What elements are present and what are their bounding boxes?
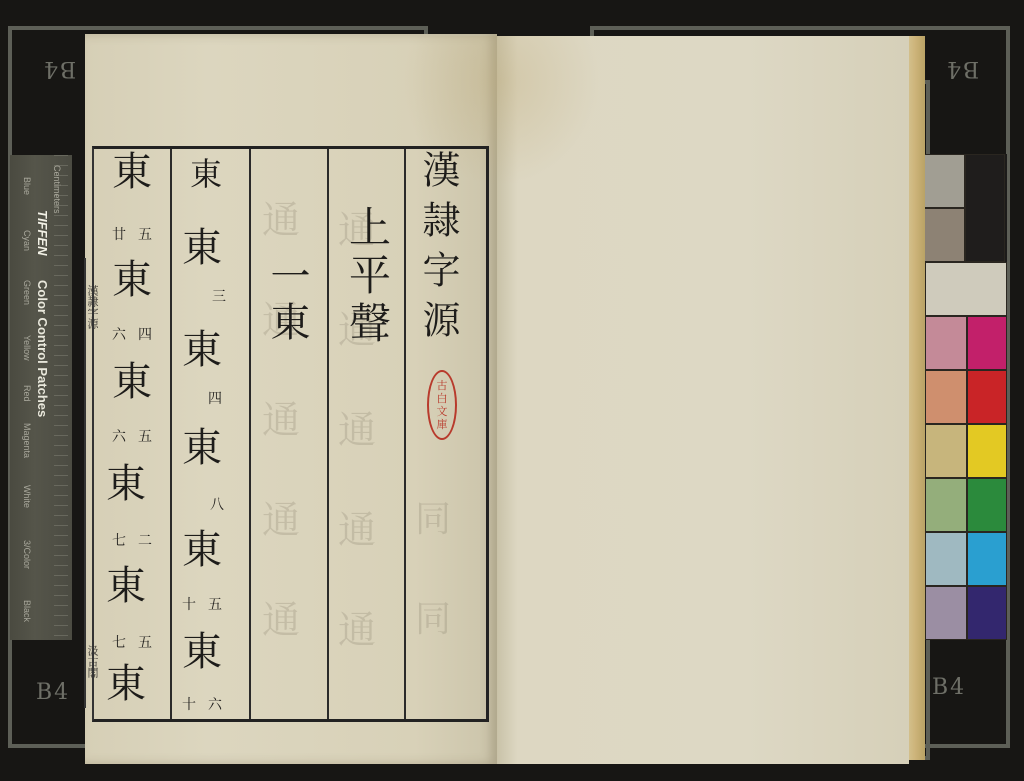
patch-yellow (967, 424, 1007, 478)
patch-cyan (967, 532, 1007, 586)
column-rule (249, 149, 251, 719)
board-label-top-left: B4 (42, 56, 76, 81)
board-label-bottom-right: B4 (932, 675, 966, 700)
tiffen-col-black: Black (22, 600, 32, 622)
tiffen-ruler (54, 155, 68, 640)
board-label-top-right: B4 (945, 56, 979, 81)
glyph-variant: 東 (182, 428, 222, 468)
tiffen-col-white: White (22, 485, 32, 508)
source-note: 七二 (112, 534, 164, 548)
bleed-through-text: 通通通通通 (262, 170, 312, 670)
tiffen-col-yellow: Yellow (22, 335, 32, 361)
source-note: 八 (210, 498, 224, 512)
bleed-through-text: 同同 (415, 470, 465, 670)
patch-salmon (925, 370, 967, 424)
glyph-variant: 東 (112, 362, 152, 402)
tiffen-col-red: Red (22, 385, 32, 402)
tiffen-col-3color: 3/Color (22, 540, 32, 569)
tiffen-col-magenta: Magenta (22, 423, 32, 458)
patch-light-green (925, 478, 967, 532)
tiffen-title: Color Control Patches (35, 280, 50, 417)
patch-red (967, 370, 1007, 424)
source-note: 六四 (112, 328, 164, 342)
tiffen-col-blue: Blue (22, 177, 32, 195)
patch-white (925, 262, 1007, 316)
patch-khaki (925, 424, 967, 478)
book-title: 漢隷字源 (425, 150, 465, 350)
patch-mid-gray (923, 208, 965, 262)
glyph-variant: 東 (190, 158, 222, 190)
tiffen-col-cyan: Cyan (22, 230, 32, 251)
column-rule (327, 149, 329, 719)
tiffen-color-control-strip: Centimeters TIFFEN Color Control Patches… (10, 155, 72, 640)
board-label-bottom-left: B4 (36, 680, 70, 705)
section-heading: 上平聲 (342, 205, 392, 349)
patch-green (967, 478, 1007, 532)
column-rule (170, 149, 172, 719)
patch-violet (967, 586, 1007, 640)
glyph-variant: 東 (106, 464, 146, 504)
glyph-variant: 東 (182, 228, 222, 268)
tiffen-brand: TIFFEN (35, 210, 50, 256)
tiffen-fine-print: Centimeters (52, 165, 62, 214)
source-note: 十五 (182, 598, 234, 612)
glyph-variant: 東 (182, 632, 222, 672)
rhyme-heading: 一東 (264, 255, 310, 347)
source-note: 四 (208, 392, 222, 406)
source-note: 七五 (112, 636, 164, 650)
patch-light-blue (925, 532, 967, 586)
tiffen-col-green: Green (22, 280, 32, 305)
glyph-variant: 東 (106, 664, 146, 704)
glyph-variant: 東 (112, 260, 152, 300)
color-patch-strip (921, 154, 1007, 640)
patch-lavender (925, 586, 967, 640)
glyph-variant: 東 (182, 530, 222, 570)
source-note: 六五 (112, 430, 164, 444)
source-note: 十六 (182, 698, 234, 712)
patch-magenta (967, 316, 1007, 370)
patch-pink (925, 316, 967, 370)
glyph-variant: 東 (106, 566, 146, 606)
column-rule (404, 149, 406, 719)
glyph-variant: 東 (182, 330, 222, 370)
patch-light-gray (923, 154, 965, 208)
patch-black (965, 154, 1005, 262)
source-note: 廿五 (112, 228, 164, 242)
source-note: 三 (212, 290, 226, 304)
collector-seal: 古 白 文 庫 (427, 370, 457, 440)
glyph-variant: 東 (112, 152, 152, 192)
